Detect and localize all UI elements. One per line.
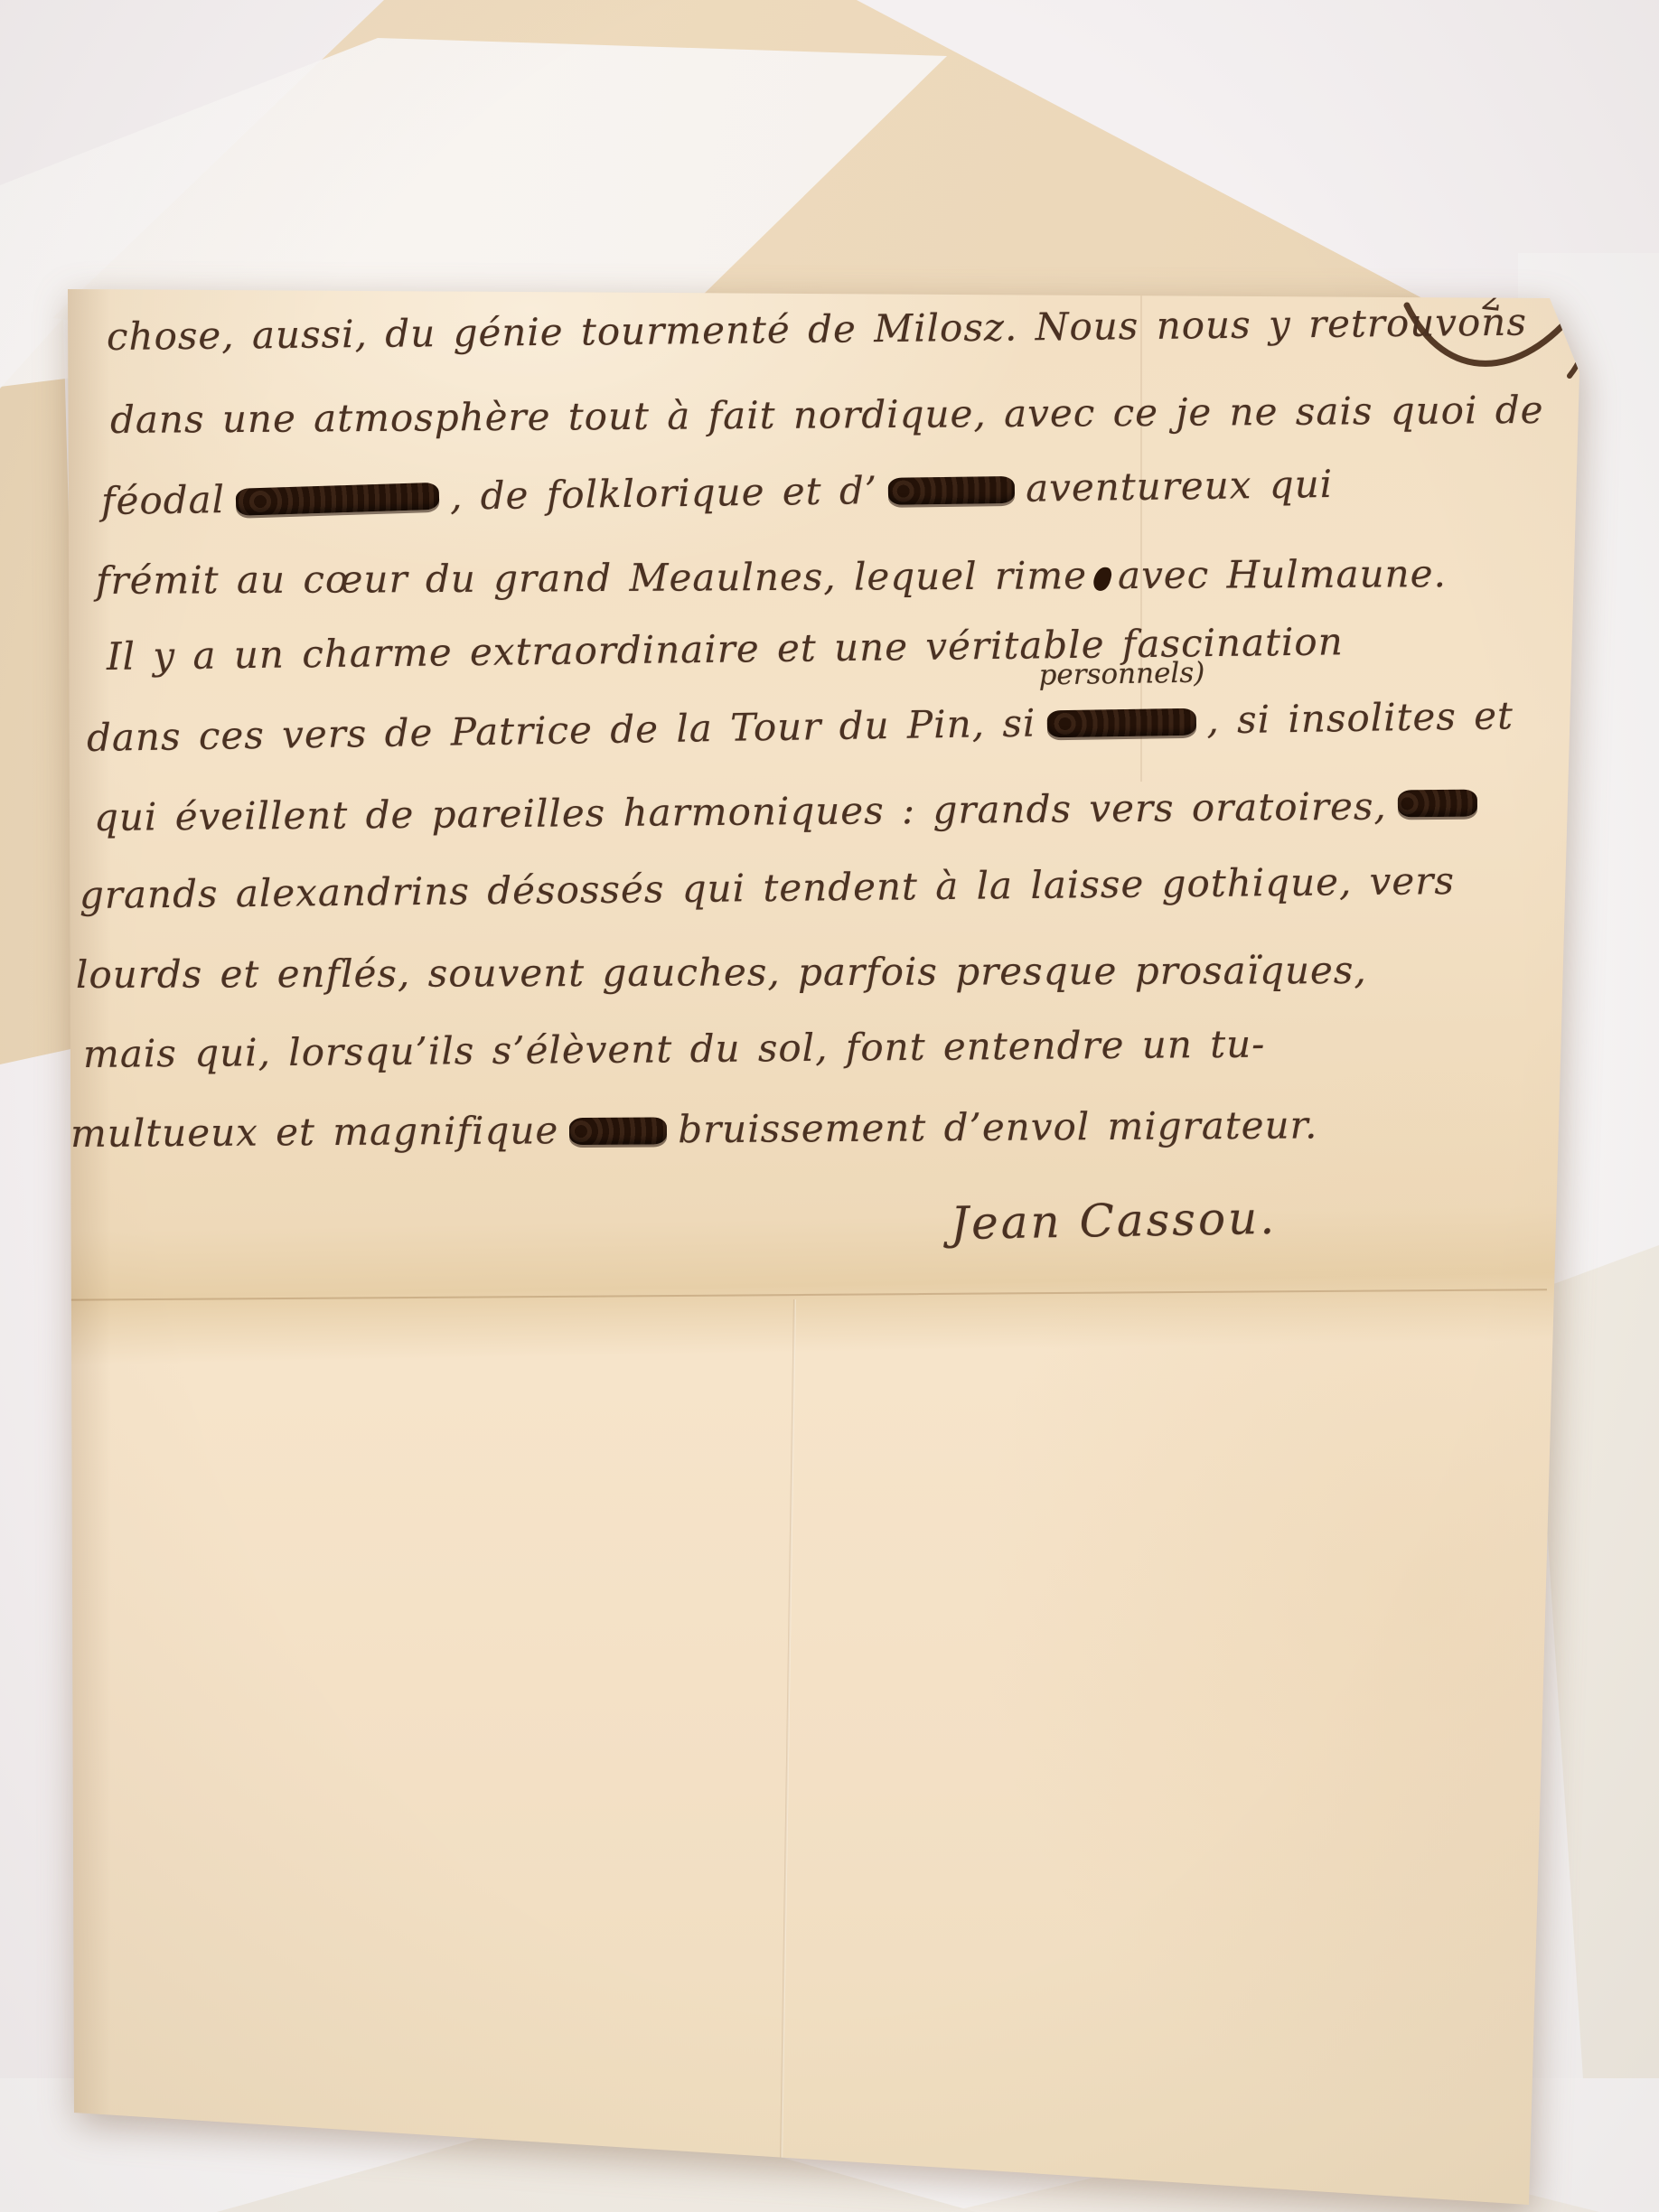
handwritten-line-8: grands alexandrins désossés qui tendent … <box>80 858 1455 917</box>
line-text: , de folklorique et d’ <box>450 468 878 519</box>
handwritten-line-3: féodal, de folklorique et d’aventureux q… <box>101 462 1334 523</box>
crossed-out-word <box>569 1117 667 1145</box>
handwritten-line-11: multueux et magnifiquebruissement d’envo… <box>70 1102 1318 1156</box>
line-text: lourds et enflés, souvent gauches, parfo… <box>76 948 1367 997</box>
line-text: frémit au cœur du grand Meaulnes, lequel… <box>96 553 1087 603</box>
line-text: qui éveillent de pareilles harmoniques :… <box>94 784 1387 839</box>
handwritten-line-1: chose, aussi, du génie tourmenté de Milo… <box>107 300 1527 359</box>
signature: Jean Cassou. <box>951 1192 1278 1250</box>
line-text: grands alexandrins désossés qui tendent … <box>80 858 1455 917</box>
handwritten-line-7: qui éveillent de pareilles harmoniques :… <box>94 783 1488 839</box>
correction-with-insertion: personnels) <box>1036 698 1207 745</box>
line-text: dans une atmosphère tout à fait nordique… <box>110 388 1544 442</box>
line-text: avec Hulmaune. <box>1118 551 1447 597</box>
line-text: féodal <box>101 477 226 523</box>
letter-sheet-shadow: 2 chose, aussi, du génie tourmenté de Mi… <box>0 0 1659 2212</box>
inserted-word-above-line: personnels) <box>1038 657 1204 692</box>
letter-sheet: 2 chose, aussi, du génie tourmenté de Mi… <box>0 0 1659 2212</box>
line-text: bruissement d’envol migrateur. <box>678 1102 1317 1151</box>
handwritten-line-10: mais qui, lorsqu’ils s’élèvent du sol, f… <box>83 1022 1266 1076</box>
line-text: multueux et magnifique <box>70 1108 559 1156</box>
line-text: chose, aussi, du génie tourmenté de Milo… <box>107 300 1527 359</box>
handwritten-line-2: dans une atmosphère tout à fait nordique… <box>110 388 1544 442</box>
handwritten-line-4: frémit au cœur du grand Meaulnes, lequel… <box>96 551 1447 603</box>
handwritten-line-6: dans ces vers de Patrice de la Tour du P… <box>87 693 1514 760</box>
line-text: dans ces vers de Patrice de la Tour du P… <box>87 701 1036 760</box>
ink-blot <box>1092 565 1113 592</box>
crossed-out-word <box>888 476 1015 505</box>
crossed-out-word <box>236 483 440 516</box>
crossed-out-word <box>1046 708 1195 738</box>
line-text: mais qui, lorsqu’ils s’élèvent du sol, f… <box>83 1022 1266 1076</box>
vertical-fold-crease <box>779 1299 796 2203</box>
line-text: , si insolites et <box>1206 693 1514 742</box>
line-text: aventureux qui <box>1026 462 1334 511</box>
crossed-out-word <box>1398 790 1477 818</box>
photo-of-handwritten-letter: 2 chose, aussi, du génie tourmenté de Mi… <box>0 0 1659 2212</box>
handwritten-line-9: lourds et enflés, souvent gauches, parfo… <box>76 948 1367 997</box>
horizontal-fold-crease <box>56 1289 1547 1301</box>
